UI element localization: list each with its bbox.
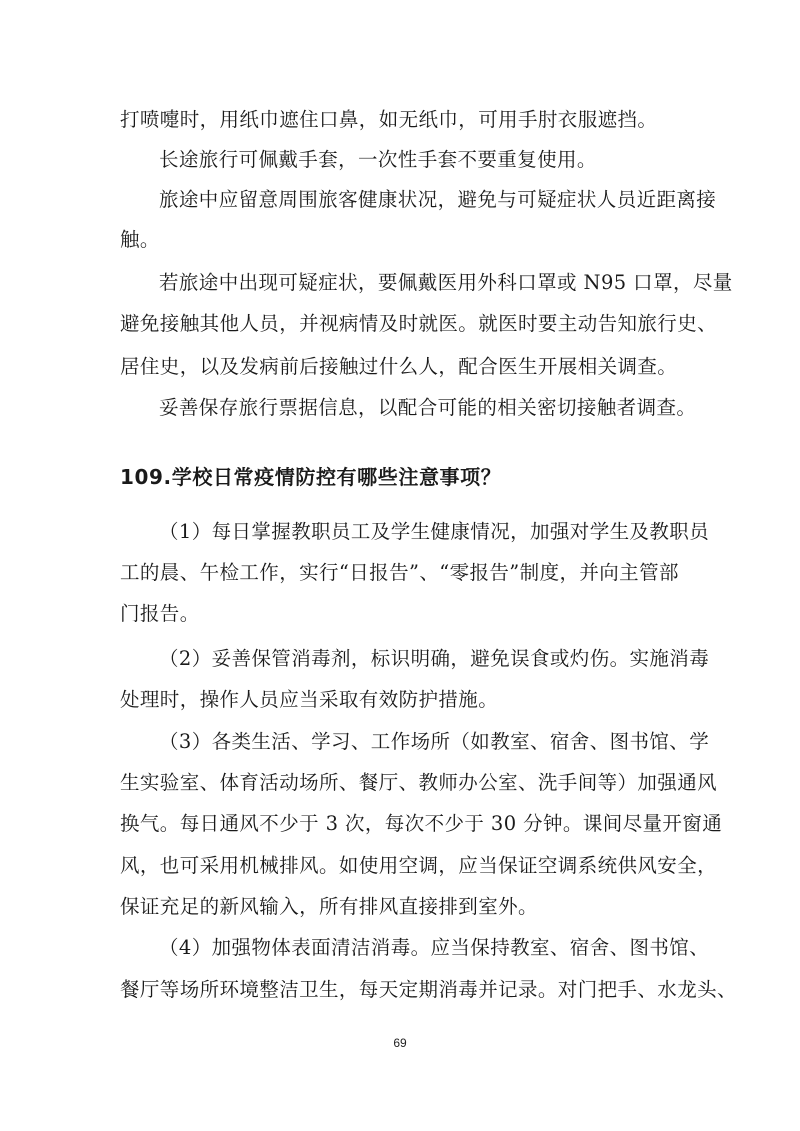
paragraph-line: （2）妥善保管消毒剂，标识明确，避免误食或灼伤。实施消毒 (159, 647, 682, 671)
paragraph-line: 生实验室、体育活动场所、餐厅、教师办公室、洗手间等）加强通风 (120, 771, 682, 795)
paragraph-line: 餐厅等场所环境整洁卫生，每天定期消毒并记录。对门把手、水龙头、 (120, 978, 682, 1002)
paragraph-line: （3）各类生活、学习、工作场所（如教室、宿舍、图书馆、学 (159, 730, 682, 754)
paragraph-line: 旅途中应留意周围旅客健康状况，避免与可疑症状人员近距离接 (159, 188, 682, 212)
paragraph-line: 若旅途中出现可疑症状，要佩戴医用外科口罩或 N95 口罩，尽量 (159, 271, 682, 295)
paragraph-line: 门报告。 (120, 602, 682, 626)
paragraph-line: 打喷嚏时，用纸巾遮住口鼻，如无纸巾，可用手肘衣服遮挡。 (120, 108, 682, 132)
section-heading: 109.学校日常疫情防控有哪些注意事项？ (120, 465, 501, 489)
paragraph-line: 风，也可采用机械排风。如使用空调，应当保证空调系统供风安全， (120, 854, 682, 878)
paragraph-line: 妥善保存旅行票据信息，以配合可能的相关密切接触者调查。 (159, 396, 682, 420)
paragraph-line: 触。 (120, 228, 682, 252)
paragraph-line: 长途旅行可佩戴手套，一次性手套不要重复使用。 (159, 148, 682, 172)
paragraph-line: （4）加强物体表面清洁消毒。应当保持教室、宿舍、图书馆、 (159, 936, 682, 960)
paragraph-line: 居住史，以及发病前后接触过什么人，配合医生开展相关调查。 (120, 355, 682, 379)
document-page: 打喷嚏时，用纸巾遮住口鼻，如无纸巾，可用手肘衣服遮挡。 长途旅行可佩戴手套，一次… (0, 0, 800, 1131)
paragraph-line: 处理时，操作人员应当采取有效防护措施。 (120, 688, 682, 712)
paragraph-line: 保证充足的新风输入，所有排风直接排到室外。 (120, 895, 682, 919)
paragraph-line: （1）每日掌握教职员工及学生健康情况，加强对学生及教职员 (159, 520, 682, 544)
paragraph-line: 工的晨、午检工作，实行“日报告”、“零报告”制度，并向主管部 (120, 561, 682, 585)
paragraph-line: 换气。每日通风不少于 3 次，每次不少于 30 分钟。课间尽量开窗通 (120, 812, 682, 836)
page-number: 69 (0, 1036, 800, 1050)
paragraph-line: 避免接触其他人员，并视病情及时就医。就医时要主动告知旅行史、 (120, 312, 682, 336)
